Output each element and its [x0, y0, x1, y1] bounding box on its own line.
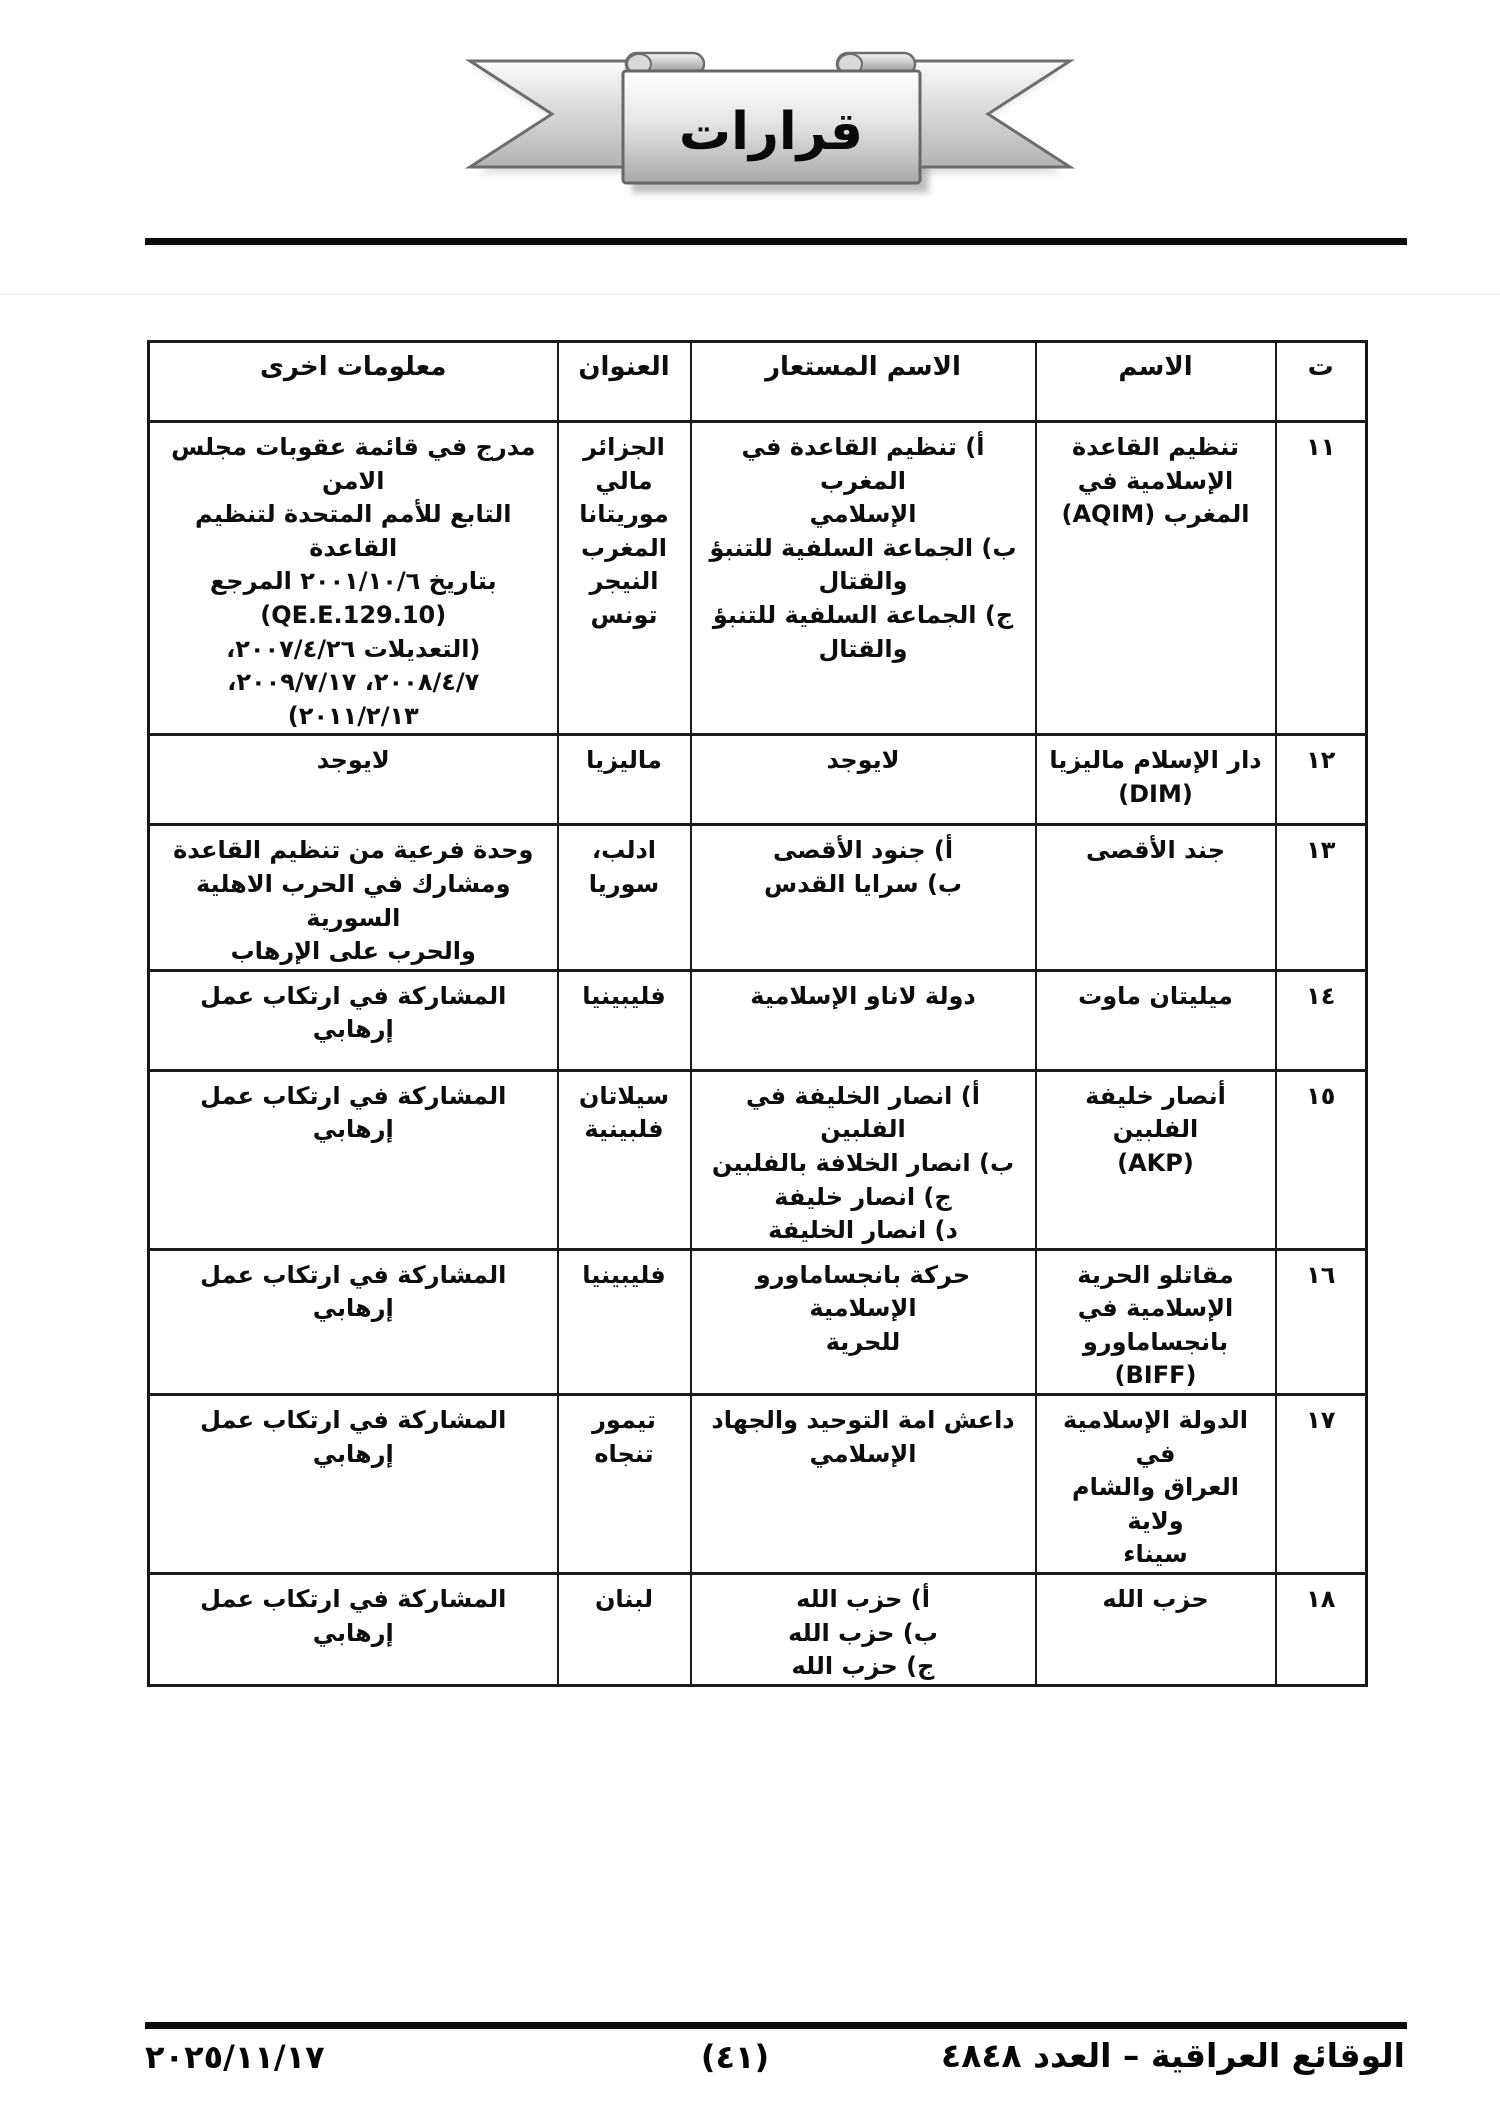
cell-info: مدرج في قائمة عقوبات مجلس الامن التابع ل…	[149, 422, 558, 735]
cell-info: المشاركة في ارتكاب عمل إرهابي	[149, 1574, 558, 1686]
cell-address: ماليزيا	[558, 735, 691, 825]
footer-journal-title: الوقائع العراقية – العدد ٤٨٤٨	[941, 2036, 1405, 2075]
cell-alias: لايوجد	[691, 735, 1036, 825]
cell-name: تنظيم القاعدة الإسلامية في المغرب (AQIM)	[1036, 422, 1276, 735]
footer-page-number: (٤١)	[655, 2038, 815, 2076]
col-header-name: الاسم	[1036, 342, 1276, 422]
cell-address: سيلاتان فلبينية	[558, 1070, 691, 1249]
cell-info: المشاركة في ارتكاب عمل إرهابي	[149, 1395, 558, 1574]
terror-list-table: ت الاسم الاسم المستعار العنوان معلومات ا…	[147, 340, 1368, 1687]
faint-page-line	[0, 293, 1500, 295]
cell-alias: داعش امة التوحيد والجهاد الإسلامي	[691, 1395, 1036, 1574]
cell-num: ١٦	[1276, 1249, 1367, 1394]
cell-info: المشاركة في ارتكاب عمل إرهابي	[149, 1070, 558, 1249]
banner-title: قرارات	[679, 102, 863, 162]
cell-alias: أ) حزب الله ب) حزب الله ج) حزب الله	[691, 1574, 1036, 1686]
cell-alias: حركة بانجساماورو الإسلامية للحرية	[691, 1249, 1036, 1394]
table-row-14: ١٤ ميليتان ماوت دولة لاناو الإسلامية فلي…	[149, 970, 1367, 1070]
table-row-13: ١٣ جند الأقصى أ) جنود الأقصى ب) سرايا ال…	[149, 825, 1367, 970]
cell-name: الدولة الإسلامية في العراق والشام ولاية …	[1036, 1395, 1276, 1574]
cell-alias: أ) تنظيم القاعدة في المغرب الإسلامي ب) ا…	[691, 422, 1036, 735]
cell-info: المشاركة في ارتكاب عمل إرهابي	[149, 1249, 558, 1394]
cell-num: ١٢	[1276, 735, 1367, 825]
decisions-ribbon-banner: قرارات	[440, 45, 1100, 205]
cell-address: فليبينيا	[558, 970, 691, 1070]
cell-name: دار الإسلام ماليزيا (DIM)	[1036, 735, 1276, 825]
cell-address: الجزائر مالي موريتانا المغرب النيجر تونس	[558, 422, 691, 735]
table-row-17: ١٧ الدولة الإسلامية في العراق والشام ولا…	[149, 1395, 1367, 1574]
cell-alias: أ) جنود الأقصى ب) سرايا القدس	[691, 825, 1036, 970]
table-row-18: ١٨ حزب الله أ) حزب الله ب) حزب الله ج) ح…	[149, 1574, 1367, 1686]
cell-num: ١٥	[1276, 1070, 1367, 1249]
top-divider-line	[145, 238, 1407, 245]
cell-info: المشاركة في ارتكاب عمل إرهابي	[149, 970, 558, 1070]
footer-divider-line	[145, 2022, 1407, 2029]
cell-address: فليبينيا	[558, 1249, 691, 1394]
ribbon-banner-graphic: قرارات	[440, 45, 1100, 205]
cell-info: لايوجد	[149, 735, 558, 825]
cell-num: ١٤	[1276, 970, 1367, 1070]
col-header-address: العنوان	[558, 342, 691, 422]
cell-address: ادلب، سوريا	[558, 825, 691, 970]
cell-address: تيمور تنجاه	[558, 1395, 691, 1574]
table-header-row: ت الاسم الاسم المستعار العنوان معلومات ا…	[149, 342, 1367, 422]
footer-date: ٢٠٢٥/١١/١٧	[145, 2038, 325, 2076]
cell-info: وحدة فرعية من تنظيم القاعدة ومشارك في ال…	[149, 825, 558, 970]
cell-num: ١٣	[1276, 825, 1367, 970]
col-header-info: معلومات اخرى	[149, 342, 558, 422]
cell-num: ١٨	[1276, 1574, 1367, 1686]
ribbon-left-tail	[470, 61, 635, 167]
cell-address: لبنان	[558, 1574, 691, 1686]
cell-alias: دولة لاناو الإسلامية	[691, 970, 1036, 1070]
table-row-16: ١٦ مقاتلو الحرية الإسلامية في بانجساماور…	[149, 1249, 1367, 1394]
cell-num: ١٧	[1276, 1395, 1367, 1574]
cell-name: ميليتان ماوت	[1036, 970, 1276, 1070]
cell-name: جند الأقصى	[1036, 825, 1276, 970]
document-page: قرارات ت الاسم الاسم المستعار العنوان مع…	[0, 0, 1500, 2102]
cell-name: مقاتلو الحرية الإسلامية في بانجساماورو (…	[1036, 1249, 1276, 1394]
cell-alias: أ) انصار الخليفة في الفلبين ب) انصار الخ…	[691, 1070, 1036, 1249]
cell-name: حزب الله	[1036, 1574, 1276, 1686]
cell-num: ١١	[1276, 422, 1367, 735]
table-row-15: ١٥ أنصار خليفة الفلبين (AKP) أ) انصار ال…	[149, 1070, 1367, 1249]
ribbon-right-tail	[905, 61, 1070, 167]
cell-name: أنصار خليفة الفلبين (AKP)	[1036, 1070, 1276, 1249]
col-header-num: ت	[1276, 342, 1367, 422]
table-row-11: ١١ تنظيم القاعدة الإسلامية في المغرب (AQ…	[149, 422, 1367, 735]
table-row-12: ١٢ دار الإسلام ماليزيا (DIM) لايوجد مالي…	[149, 735, 1367, 825]
col-header-alias: الاسم المستعار	[691, 342, 1036, 422]
